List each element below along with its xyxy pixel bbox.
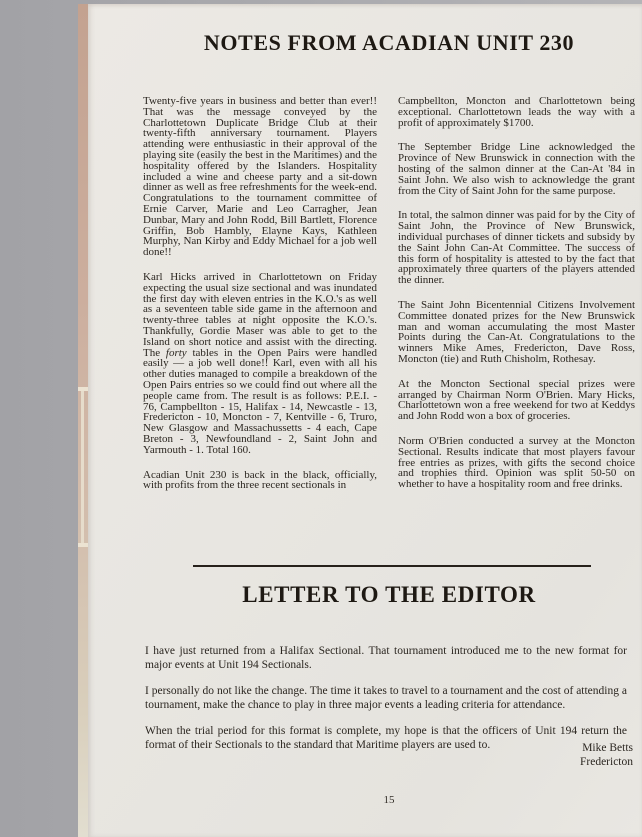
page-binding-edge <box>78 4 88 837</box>
notes-paragraph: Acadian Unit 230 is back in the black, o… <box>143 470 377 492</box>
binding-stitch-mark <box>78 387 88 391</box>
signature-name: Mike Betts <box>580 741 633 755</box>
page-content: NOTES FROM ACADIAN UNIT 230 Twenty-five … <box>143 4 635 837</box>
letter-section-title: LETTER TO THE EDITOR <box>143 582 635 608</box>
notes-paragraph: Norm O'Brien conducted a survey at the M… <box>398 436 635 490</box>
notes-paragraph: The Saint John Bicentennial Citizens Inv… <box>398 300 635 365</box>
scanner-background: NOTES FROM ACADIAN UNIT 230 Twenty-five … <box>0 0 642 837</box>
letter-paragraph: When the trial period for this format is… <box>145 725 627 752</box>
notes-paragraph: In total, the salmon dinner was paid for… <box>398 210 635 286</box>
binding-stitch-mark <box>78 543 88 547</box>
letter-signature: Mike Betts Fredericton <box>580 741 633 769</box>
notes-paragraph: Twenty-five years in business and better… <box>143 96 377 258</box>
binding-stitch-thread <box>81 389 84 547</box>
notes-paragraph: The September Bridge Line acknowledged t… <box>398 142 635 196</box>
letter-paragraph: I have just returned from a Halifax Sect… <box>145 645 627 672</box>
letter-body: I have just returned from a Halifax Sect… <box>145 645 627 766</box>
notes-paragraph: At the Moncton Sectional special prizes … <box>398 379 635 422</box>
newsletter-page: NOTES FROM ACADIAN UNIT 230 Twenty-five … <box>88 4 642 837</box>
notes-paragraph-text: tables in the Open Pairs were handled ea… <box>143 347 377 456</box>
notes-paragraph: Karl Hicks arrived in Charlottetown on F… <box>143 272 377 456</box>
notes-section-title: NOTES FROM ACADIAN UNIT 230 <box>143 30 635 56</box>
notes-paragraph: Campbellton, Moncton and Charlottetown b… <box>398 96 635 128</box>
section-divider-rule <box>193 565 591 567</box>
notes-two-column-body: Twenty-five years in business and better… <box>143 96 635 491</box>
notes-left-column: Twenty-five years in business and better… <box>143 96 377 491</box>
page-number: 15 <box>143 794 635 806</box>
letter-paragraph: I personally do not like the change. The… <box>145 685 627 712</box>
signature-location: Fredericton <box>580 755 633 769</box>
notes-right-column: Campbellton, Moncton and Charlottetown b… <box>398 96 635 491</box>
notes-paragraph-text: Karl Hicks arrived in Charlottetown on F… <box>143 271 377 359</box>
